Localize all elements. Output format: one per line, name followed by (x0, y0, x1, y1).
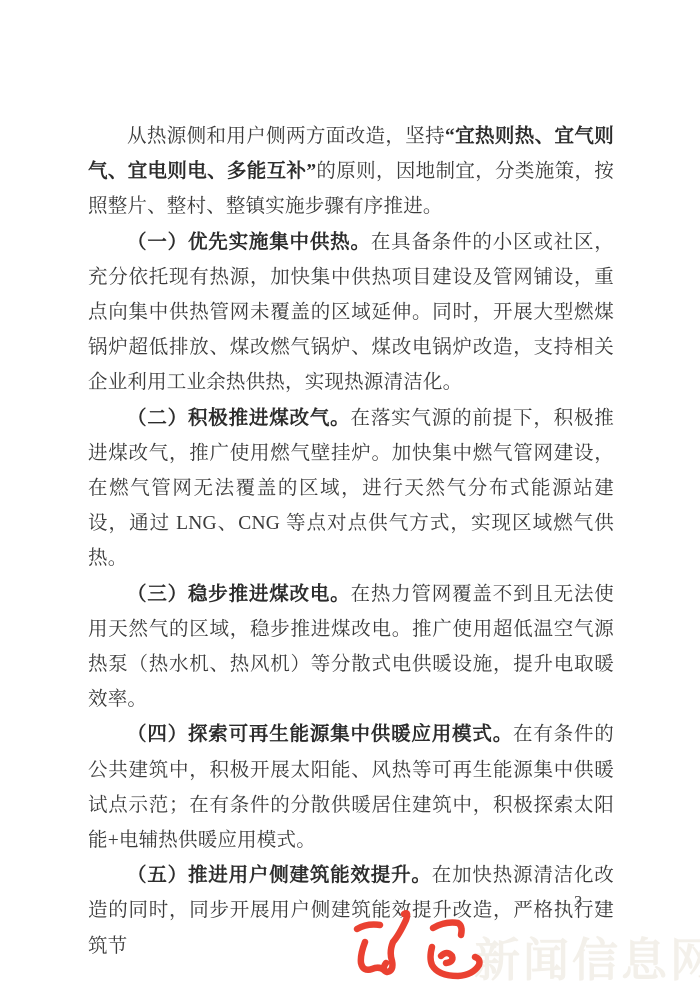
paragraph-text: 在具备条件的小区或社区，充分依托现有热源，加快集中供热项目建设及管网铺设，重点向… (88, 232, 614, 394)
paragraph: （三）稳步推进煤改电。在热力管网覆盖不到且无法使用天然气的区域，稳步推进煤改电。… (88, 577, 614, 718)
paragraph-lead-bold: （四）探索可再生能源集中供暖应用模式。 (127, 724, 513, 745)
paragraph: （四）探索可再生能源集中供暖应用模式。在有条件的公共建筑中，积极开展太阳能、风热… (88, 717, 614, 858)
paragraph: （一）优先实施集中供热。在具备条件的小区或社区，充分依托现有热源，加快集中供热项… (88, 225, 614, 401)
paragraph-lead-bold: （一）优先实施集中供热。 (127, 232, 371, 253)
document-body: 从热源侧和用户侧两方面改造，坚持“宜热则热、宜气则气、宜电则电、多能互补”的原则… (88, 119, 614, 964)
paragraph-text: 从热源侧和用户侧两方面改造，坚持 (127, 126, 445, 147)
paragraph-lead-bold: （五）推进用户侧建筑能效提升。 (127, 865, 432, 886)
paragraph: 从热源侧和用户侧两方面改造，坚持“宜热则热、宜气则气、宜电则电、多能互补”的原则… (88, 119, 614, 225)
scanned-document-page: 从热源侧和用户侧两方面改造，坚持“宜热则热、宜气则气、宜电则电、多能互补”的原则… (0, 0, 700, 989)
paragraph-lead-bold: （三）稳步推进煤改电。 (127, 584, 351, 605)
red-calligraphy-watermark-qingyuan (340, 895, 490, 989)
faint-site-watermark: 新闻信息网 (474, 924, 700, 989)
paragraph: （二）积极推进煤改气。在落实气源的前提下，积极推进煤改气，推广使用燃气壁挂炉。加… (88, 401, 614, 577)
paragraph-lead-bold: （二）积极推进煤改气。 (127, 408, 351, 429)
paragraph-text: 在落实气源的前提下，积极推进煤改气，推广使用燃气壁挂炉。加快集中燃气管网建设，在… (88, 408, 614, 570)
calligraphy-strokes-icon (340, 895, 490, 989)
page-number: - 3 - (556, 892, 604, 912)
